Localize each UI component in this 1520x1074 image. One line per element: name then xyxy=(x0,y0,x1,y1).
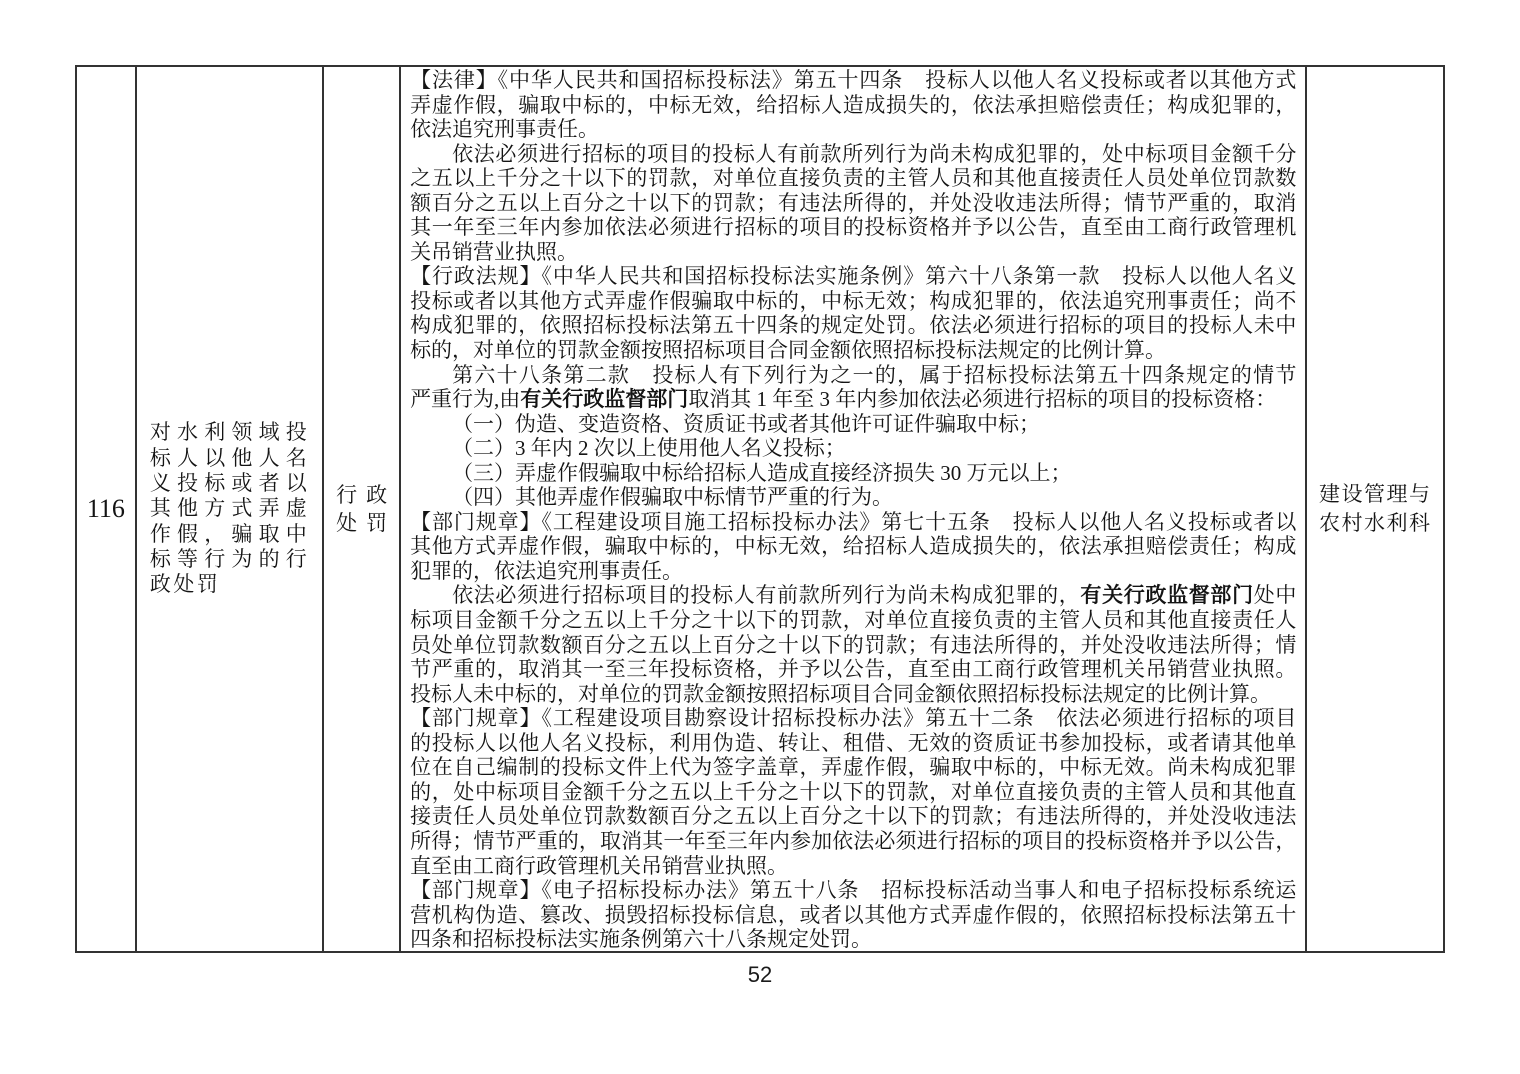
legal-text-line: 的，处中标项目金额千分之五以上千分之十以下的罚款，对单位直接负责的主管人员和其他… xyxy=(410,780,1296,805)
seq-number: 116 xyxy=(87,494,125,524)
seq-cell: 116 xyxy=(77,67,137,951)
legal-text-line: 严重行为,由有关行政监督部门取消其 1 年至 3 年内参加依法必须进行招标的项目… xyxy=(410,387,1296,412)
legal-text-line: 额百分之五以上百分之十以下的罚款；有违法所得的，并处没收违法所得；情节严重的，取… xyxy=(410,191,1296,216)
category-text-line: 行政 xyxy=(327,481,396,509)
penalty-table: 116 对水利领域投标人以他人名义投标或者以其他方式弄虚作假，骗取中标等行为的行… xyxy=(75,65,1445,953)
legal-text-line: 位在自己编制的投标文件上代为签字盖章，弄虚作假，骗取中标的，中标无效。尚未构成犯… xyxy=(410,755,1296,780)
legal-text-line: 四条和招标投标法实施条例第六十八条规定处罚。 xyxy=(410,927,1296,951)
legal-text-line: 之五以上千分之十以下的罚款，对单位直接负责的主管人员和其他直接责任人员处单位罚款… xyxy=(410,166,1296,191)
legal-text-line: （一）伪造、变造资格、资质证书或者其他许可证件骗取中标； xyxy=(410,412,1296,437)
legal-text-line: 关吊销营业执照。 xyxy=(410,240,1296,265)
legal-text-line: 其他方式弄虚作假，骗取中标的，中标无效，给招标人造成损失的，依法承担赔偿责任；构… xyxy=(410,534,1296,559)
legal-text-line: 营机构伪造、篡改、损毁招标投标信息，或者以其他方式弄虚作假的，依照招标投标法第五… xyxy=(410,903,1296,928)
legal-text-line: 员处单位罚款数额百分之五以上百分之十以下的罚款；有违法所得的，并处没收违法所得；… xyxy=(410,633,1296,658)
legal-text-line: 【行政法规】《中华人民共和国招标投标法实施条例》第六十八条第一款 投标人以他人名… xyxy=(410,264,1296,289)
department-text-line: 建设管理与 xyxy=(1319,480,1432,510)
legal-text-line: 标项目金额千分之五以上千分之十以下的罚款，对单位直接负责的主管人员和其他直接责任… xyxy=(410,608,1296,633)
legal-text-line: 所得；情节严重的，取消其一年至三年内参加依法必须进行招标的项目的投标资格并予以公… xyxy=(410,829,1296,854)
legal-text-line: 投标人未中标的，对单位的罚款金额按照招标项目合同金额依照招标投标法规定的比例计算… xyxy=(410,682,1296,707)
legal-text-line: 节严重的，取消其一至三年投标资格，并予以公告，直至由工商行政管理机关吊销营业执照… xyxy=(410,657,1296,682)
category-text-line: 处罚 xyxy=(327,509,396,537)
legal-text-line: 【法律】《中华人民共和国招标投标法》第五十四条 投标人以他人名义投标或者以其他方… xyxy=(410,68,1296,93)
legal-text-line: 其一年至三年内参加依法必须进行招标的项目的投标资格并予以公告，直至由工商行政管理… xyxy=(410,215,1296,240)
department-text-line: 农村水利科 xyxy=(1319,509,1432,539)
legal-text-line: 依法必须进行招标的项目的投标人有前款所列行为尚未构成犯罪的，处中标项目金额千分 xyxy=(410,142,1296,167)
legal-text-line: 【部门规章】《工程建设项目勘察设计招标投标办法》第五十二条 依法必须进行招标的项… xyxy=(410,706,1296,731)
legal-text-line: 【部门规章】《电子招标投标办法》第五十八条 招标投标活动当事人和电子招标投标系统… xyxy=(410,878,1296,903)
legal-text-line: 直至由工商行政管理机关吊销营业执照。 xyxy=(410,854,1296,879)
page-number: 52 xyxy=(0,962,1520,988)
legal-text-line: 弄虚作假，骗取中标的，中标无效，给招标人造成损失的，依法承担赔偿责任；构成犯罪的… xyxy=(410,93,1296,118)
item-name-text: 对水利领域投标人以他人名义投标或者以其他方式弄虚作假，骗取中标等行为的行政处罚 xyxy=(137,420,322,597)
legal-text-line: 第六十八条第二款 投标人有下列行为之一的，属于招标投标法第五十四条规定的情节 xyxy=(410,363,1296,388)
legal-text-line: 投标或者以其他方式弄虚作假骗取中标的，中标无效；构成犯罪的，依法追究刑事责任；尚… xyxy=(410,289,1296,314)
legal-text-line: 依法追究刑事责任。 xyxy=(410,117,1296,142)
legal-basis-cell: 【法律】《中华人民共和国招标投标法》第五十四条 投标人以他人名义投标或者以其他方… xyxy=(401,67,1307,951)
legal-text-line: 接责任人员处单位罚款数额百分之五以上百分之十以下的罚款；有违法所得的，并处没收违… xyxy=(410,804,1296,829)
department-cell: 建设管理与农村水利科 xyxy=(1307,67,1443,951)
legal-text-line: （二）3 年内 2 次以上使用他人名义投标； xyxy=(410,436,1296,461)
legal-text-line: 构成犯罪的，依照招标投标法第五十四条的规定处罚。依法必须进行招标的项目的投标人未… xyxy=(410,313,1296,338)
legal-text-line: 标的，对单位的罚款金额按照招标项目合同金额依照招标投标法规定的比例计算。 xyxy=(410,338,1296,363)
document-page: 116 对水利领域投标人以他人名义投标或者以其他方式弄虚作假，骗取中标等行为的行… xyxy=(0,0,1520,1074)
category-cell: 行政处罚 xyxy=(324,67,401,951)
legal-text-line: 犯罪的，依法追究刑事责任。 xyxy=(410,559,1296,584)
legal-text-line: 的投标人以他人名义投标，利用伪造、转让、租借、无效的资质证书参加投标，或者请其他… xyxy=(410,731,1296,756)
legal-text-line: （四）其他弄虚作假骗取中标情节严重的行为。 xyxy=(410,485,1296,510)
item-name-cell: 对水利领域投标人以他人名义投标或者以其他方式弄虚作假，骗取中标等行为的行政处罚 xyxy=(137,67,324,951)
legal-text-line: （三）弄虚作假骗取中标给招标人造成直接经济损失 30 万元以上； xyxy=(410,461,1296,486)
legal-text-line: 依法必须进行招标项目的投标人有前款所列行为尚未构成犯罪的，有关行政监督部门处中 xyxy=(410,583,1296,608)
legal-text-line: 【部门规章】《工程建设项目施工招标投标办法》第七十五条 投标人以他人名义投标或者… xyxy=(410,510,1296,535)
